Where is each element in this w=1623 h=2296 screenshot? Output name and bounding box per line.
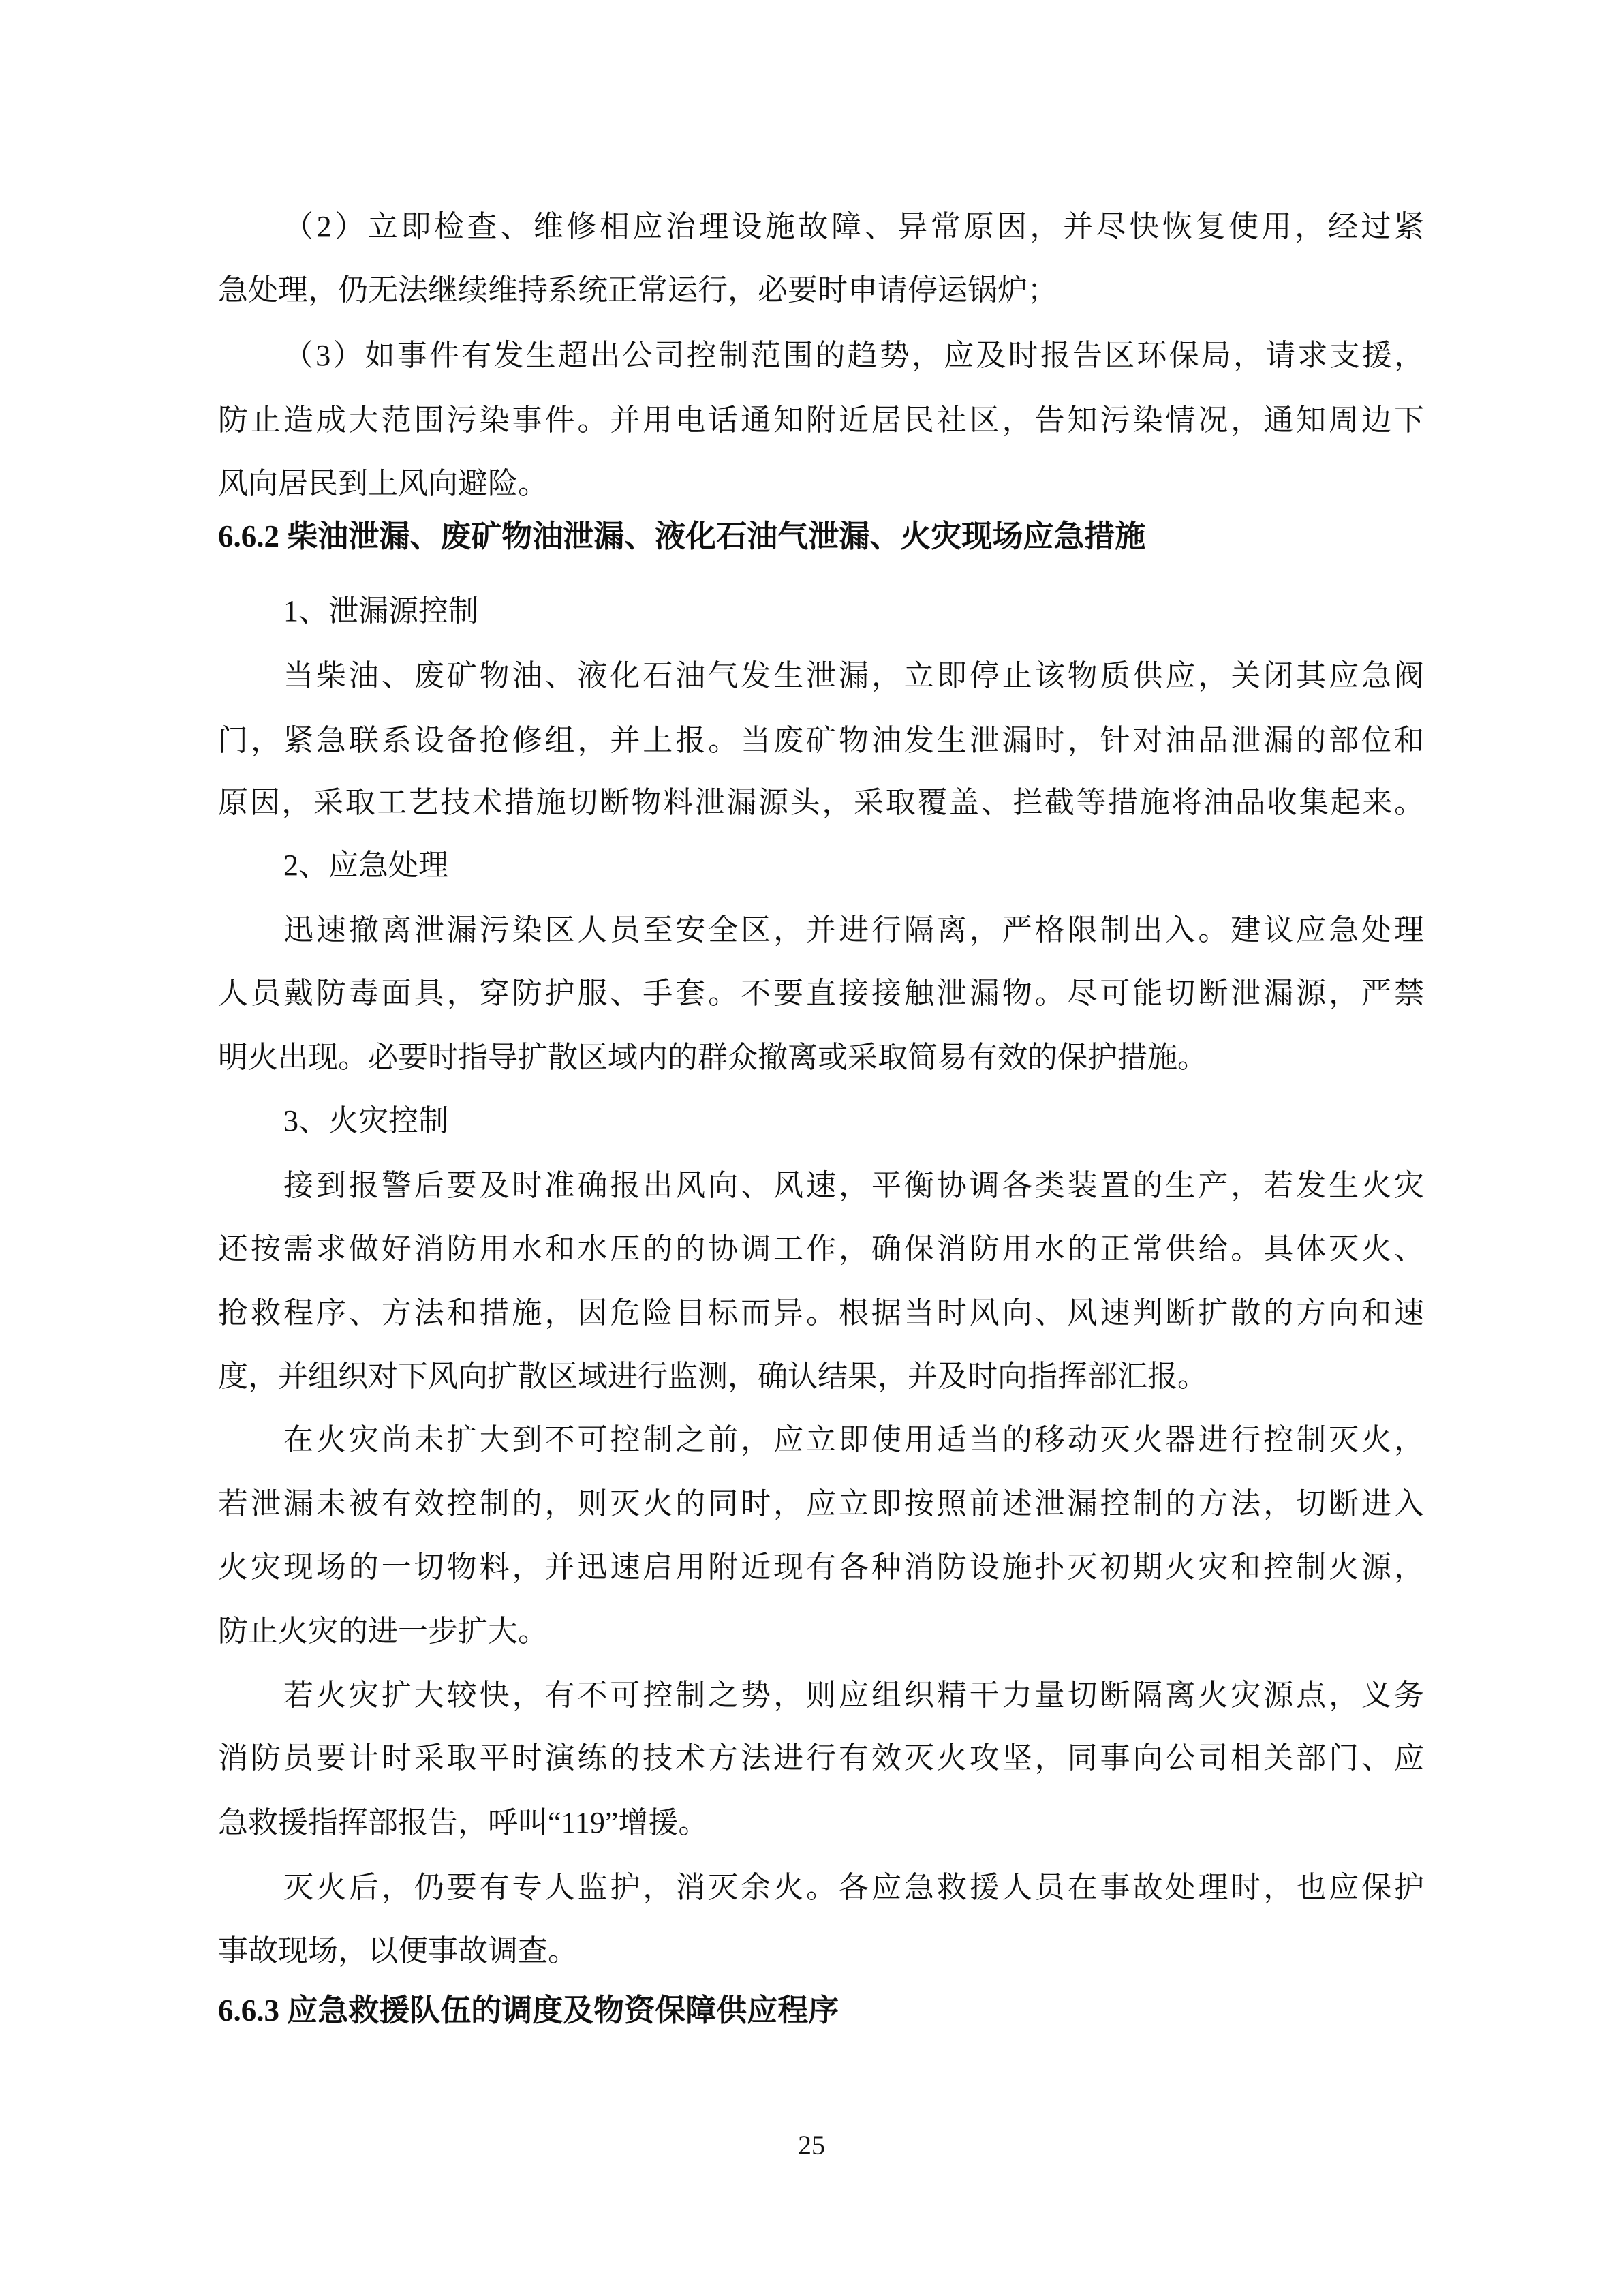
paragraph-line: 若火灾扩大较快，有不可控制之势，则应组织精干力量切断隔离火灾源点，义务 (283, 1664, 1424, 1728)
section-heading-6-6-2: 6.6.2 柴油泄漏、废矿物油泄漏、液化石油气泄漏、火灾现场应急措施 (218, 504, 1424, 568)
paragraph-line: 当柴油、废矿物油、液化石油气发生泄漏，立即停止该物质供应，关闭其应急阀 (283, 644, 1424, 708)
paragraph-line: 急救援指挥部报告，呼叫“119”增援。 (218, 1791, 1424, 1855)
paragraph-line: 明火出现。必要时指导扩散区域内的群众撤离或采取简易有效的保护措施。 (218, 1026, 1424, 1090)
subsection-heading-leak-source-control: 1、泄漏源控制 (283, 579, 1424, 643)
paragraph-line: 防止造成大范围污染事件。并用电话通知附近居民社区，告知污染情况，通知周边下 (218, 388, 1424, 453)
paragraph-line: 人员戴防毒面具，穿防护服、手套。不要直接接触泄漏物。尽可能切断泄漏源，严禁 (218, 962, 1424, 1026)
paragraph-line: 抢救程序、方法和措施，因危险目标而异。根据当时风向、风速判断扩散的方向和速 (218, 1281, 1424, 1345)
paragraph-line: 迅速撤离泄漏污染区人员至安全区，并进行隔离，严格限制出入。建议应急处理 (283, 898, 1424, 962)
subsection-heading-emergency-handling: 2、应急处理 (283, 833, 1424, 898)
paragraph-line: （2）立即检查、维修相应治理设施故障、异常原因，并尽快恢复使用，经过紧 (283, 195, 1424, 259)
paragraph-line: 事故现场，以便事故调查。 (218, 1919, 1424, 1983)
paragraph-line: 防止火灾的进一步扩大。 (218, 1599, 1424, 1664)
paragraph-line: 门，紧急联系设备抢修组，并上报。当废矿物油发生泄漏时，针对油品泄漏的部位和 (218, 709, 1424, 773)
paragraph-line: 还按需求做好消防用水和水压的的协调工作，确保消防用水的正常供给。具体灭火、 (218, 1217, 1424, 1281)
paragraph-line: 消防员要计时采取平时演练的技术方法进行有效灭火攻坚，同事向公司相关部门、应 (218, 1726, 1424, 1790)
document-page: （2）立即检查、维修相应治理设施故障、异常原因，并尽快恢复使用，经过紧 急处理，… (0, 0, 1623, 2296)
paragraph-line: （3）如事件有发生超出公司控制范围的趋势，应及时报告区环保局，请求支援， (283, 324, 1424, 388)
section-heading-6-6-3: 6.6.3 应急救援队伍的调度及物资保障供应程序 (218, 1978, 1424, 2042)
page-number: 25 (0, 2125, 1623, 2166)
paragraph-line: 若泄漏未被有效控制的，则灭火的同时，应立即按照前述泄漏控制的方法，切断进入 (218, 1472, 1424, 1536)
paragraph-line: 灭火后，仍要有专人监护，消灭余火。各应急救援人员在事故处理时，也应保护 (283, 1856, 1424, 1920)
paragraph-line: 火灾现场的一切物料，并迅速启用附近现有各种消防设施扑灭初期火灾和控制火源， (218, 1535, 1424, 1599)
paragraph-line: 在火灾尚未扩大到不可控制之前，应立即使用适当的移动灭火器进行控制灭火， (283, 1408, 1424, 1472)
paragraph-line: 接到报警后要及时准确报出风向、风速，平衡协调各类装置的生产，若发生火灾 (283, 1154, 1424, 1218)
paragraph-line: 急处理，仍无法继续维持系统正常运行，必要时申请停运锅炉； (218, 258, 1424, 322)
paragraph-line: 度，并组织对下风向扩散区域进行监测，确认结果，并及时向指挥部汇报。 (218, 1345, 1424, 1409)
paragraph-line: 原因，采取工艺技术措施切断物料泄漏源头，采取覆盖、拦截等措施将油品收集起来。 (218, 771, 1424, 835)
subsection-heading-fire-control: 3、火灾控制 (283, 1089, 1424, 1153)
